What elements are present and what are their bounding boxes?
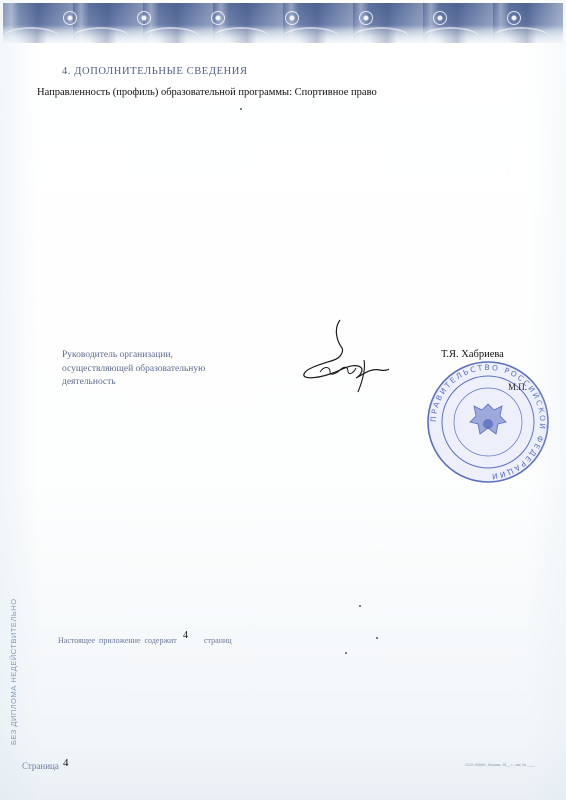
page-label: Страница: [22, 761, 59, 771]
official-seal-icon: ПРАВИТЕЛЬСТВО РОССИЙСКОЙ ФЕДЕРАЦИИ М.П.: [426, 360, 550, 484]
pages-count-label: Настоящее приложение содержит: [58, 636, 177, 645]
ornament-arch: [213, 27, 269, 47]
ornament-arch: [493, 27, 549, 47]
stamp-mark: М.П.: [508, 382, 527, 392]
section-title: 4. Дополнительные сведения: [62, 66, 248, 77]
scan-speck: [345, 652, 347, 654]
diploma-supplement-page: 4. Дополнительные сведения Направленност…: [0, 0, 566, 800]
program-profile: Направленность (профиль) образовательной…: [37, 87, 377, 98]
ornament-icon: [63, 11, 77, 25]
ornament-icon: [211, 11, 225, 25]
scan-speck: [376, 637, 378, 639]
pages-unit-label: страниц: [204, 636, 232, 645]
head-name: Т.Я. Хабриева: [441, 349, 504, 360]
scan-speck: [240, 108, 242, 110]
page-number: 4: [63, 757, 69, 769]
ornament-arch: [143, 27, 199, 47]
decorative-top-border: [3, 3, 563, 43]
head-of-organization-label: Руководитель организации, осуществляющей…: [62, 349, 232, 390]
ornament-icon: [433, 11, 447, 25]
ornament-arch: [353, 27, 409, 47]
ornament-icon: [359, 11, 373, 25]
ornament-arch: [3, 27, 59, 47]
signature-icon: [300, 318, 390, 393]
ornament-arch: [73, 27, 129, 47]
ornament-icon: [285, 11, 299, 25]
ornament-arch: [283, 27, 339, 47]
ornament-arch: [423, 27, 479, 47]
ornament-icon: [507, 11, 521, 25]
printer-imprint: ООО «ВАМ», Москва, 20__ г., зак. № ____: [465, 763, 535, 767]
ornament-icon: [137, 11, 151, 25]
scan-speck: [359, 605, 361, 607]
pages-count-value: 4: [183, 630, 188, 641]
vertical-validity-note: БЕЗ ДИПЛОМА НЕДЕЙСТВИТЕЛЬНО: [9, 595, 18, 745]
